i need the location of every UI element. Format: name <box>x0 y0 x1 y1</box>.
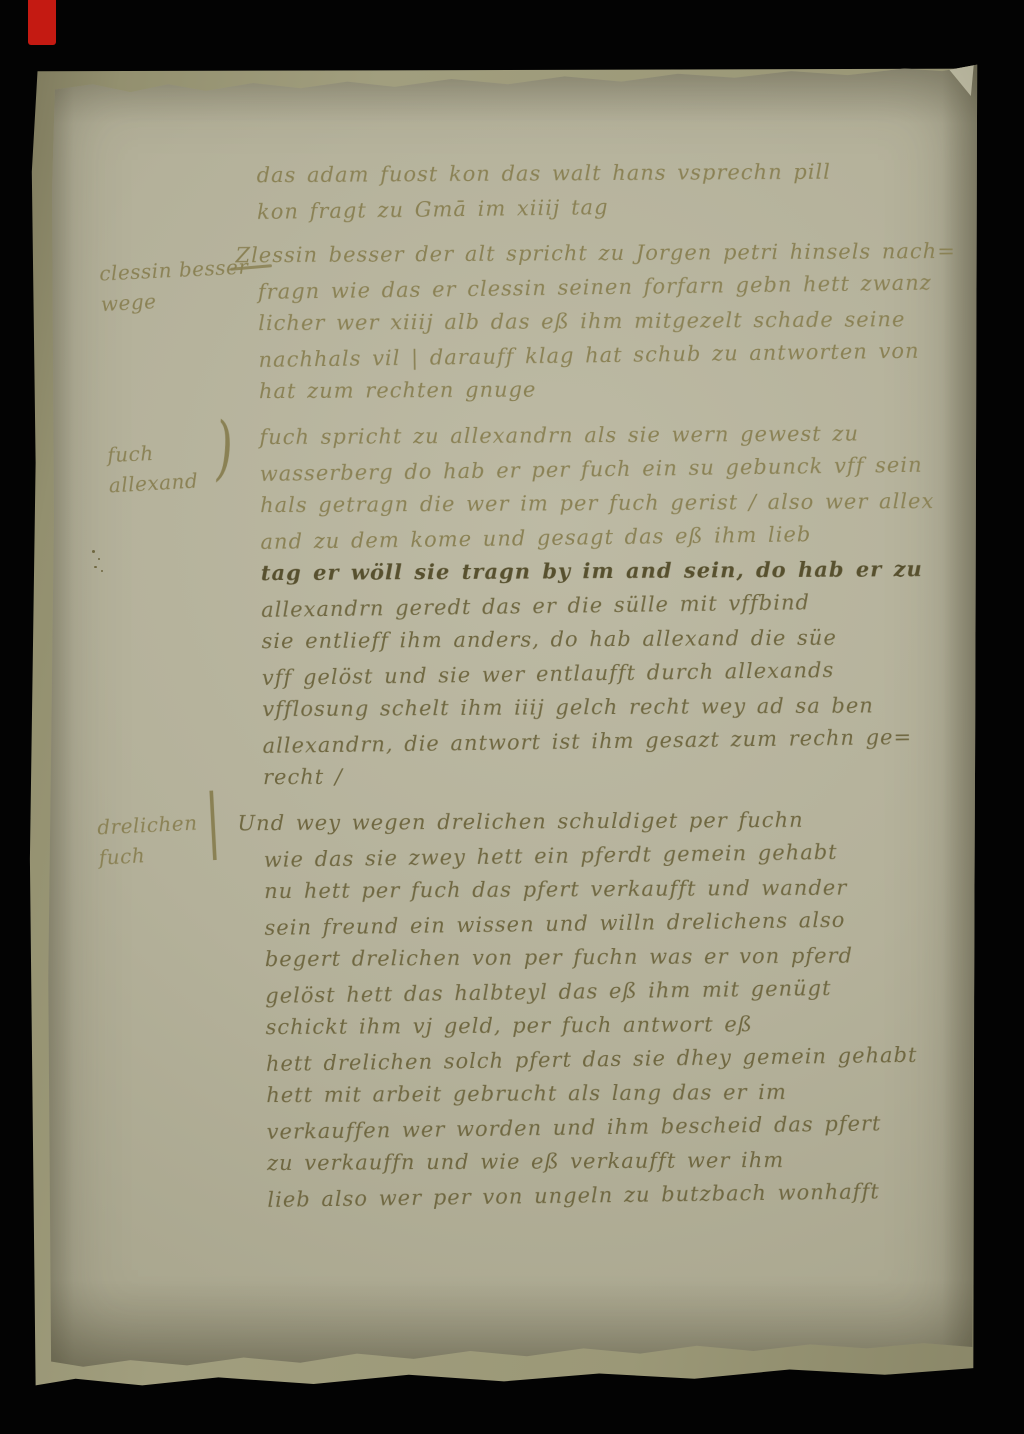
handwritten-line: kon fragt zu Gmā im xiiij tag <box>257 185 957 229</box>
handwritten-line: fuch <box>107 436 198 470</box>
margin-note-clessin: clessin besserwege <box>99 251 251 319</box>
margin-note-bracket: ) <box>214 424 235 470</box>
margin-note-bracket: | <box>204 797 222 843</box>
handwritten-line: allexand <box>108 466 199 501</box>
entry-fuch-allexand: fuch spricht zu allexandrn als sie wern … <box>259 414 963 795</box>
photographed-manuscript: clessin besserwege fuchallexand) drelich… <box>0 0 1024 1434</box>
page-corner-fold <box>948 62 974 96</box>
manuscript-text-column: das adam fuost kon das walt hans vsprech… <box>256 152 967 1215</box>
entry-clessin-besser: Zlessin besser der alt spricht zu Jorgen… <box>257 232 959 409</box>
margin-note-drelichen-fuch: drelichenfuch| <box>96 807 199 872</box>
entry-drelichen-fuch: Und wey wegen drelichen schuldiget per f… <box>263 800 967 1215</box>
red-marker-tab <box>28 0 56 45</box>
handwritten-line: lieb also wer per von ungeln zu butzbach… <box>267 1173 967 1217</box>
handwritten-line: fuch <box>98 837 200 873</box>
handwritten-line: recht / <box>263 756 963 794</box>
manuscript-page: clessin besserwege fuchallexand) drelich… <box>36 58 980 1372</box>
entry-heading: das adam fuost kon das walt hans vsprech… <box>256 152 957 227</box>
handwritten-line: hat zum rechten gnuge <box>259 370 959 408</box>
margin-note-fuch-allexand: fuchallexand) <box>106 436 198 501</box>
ink-speckles <box>92 550 106 576</box>
